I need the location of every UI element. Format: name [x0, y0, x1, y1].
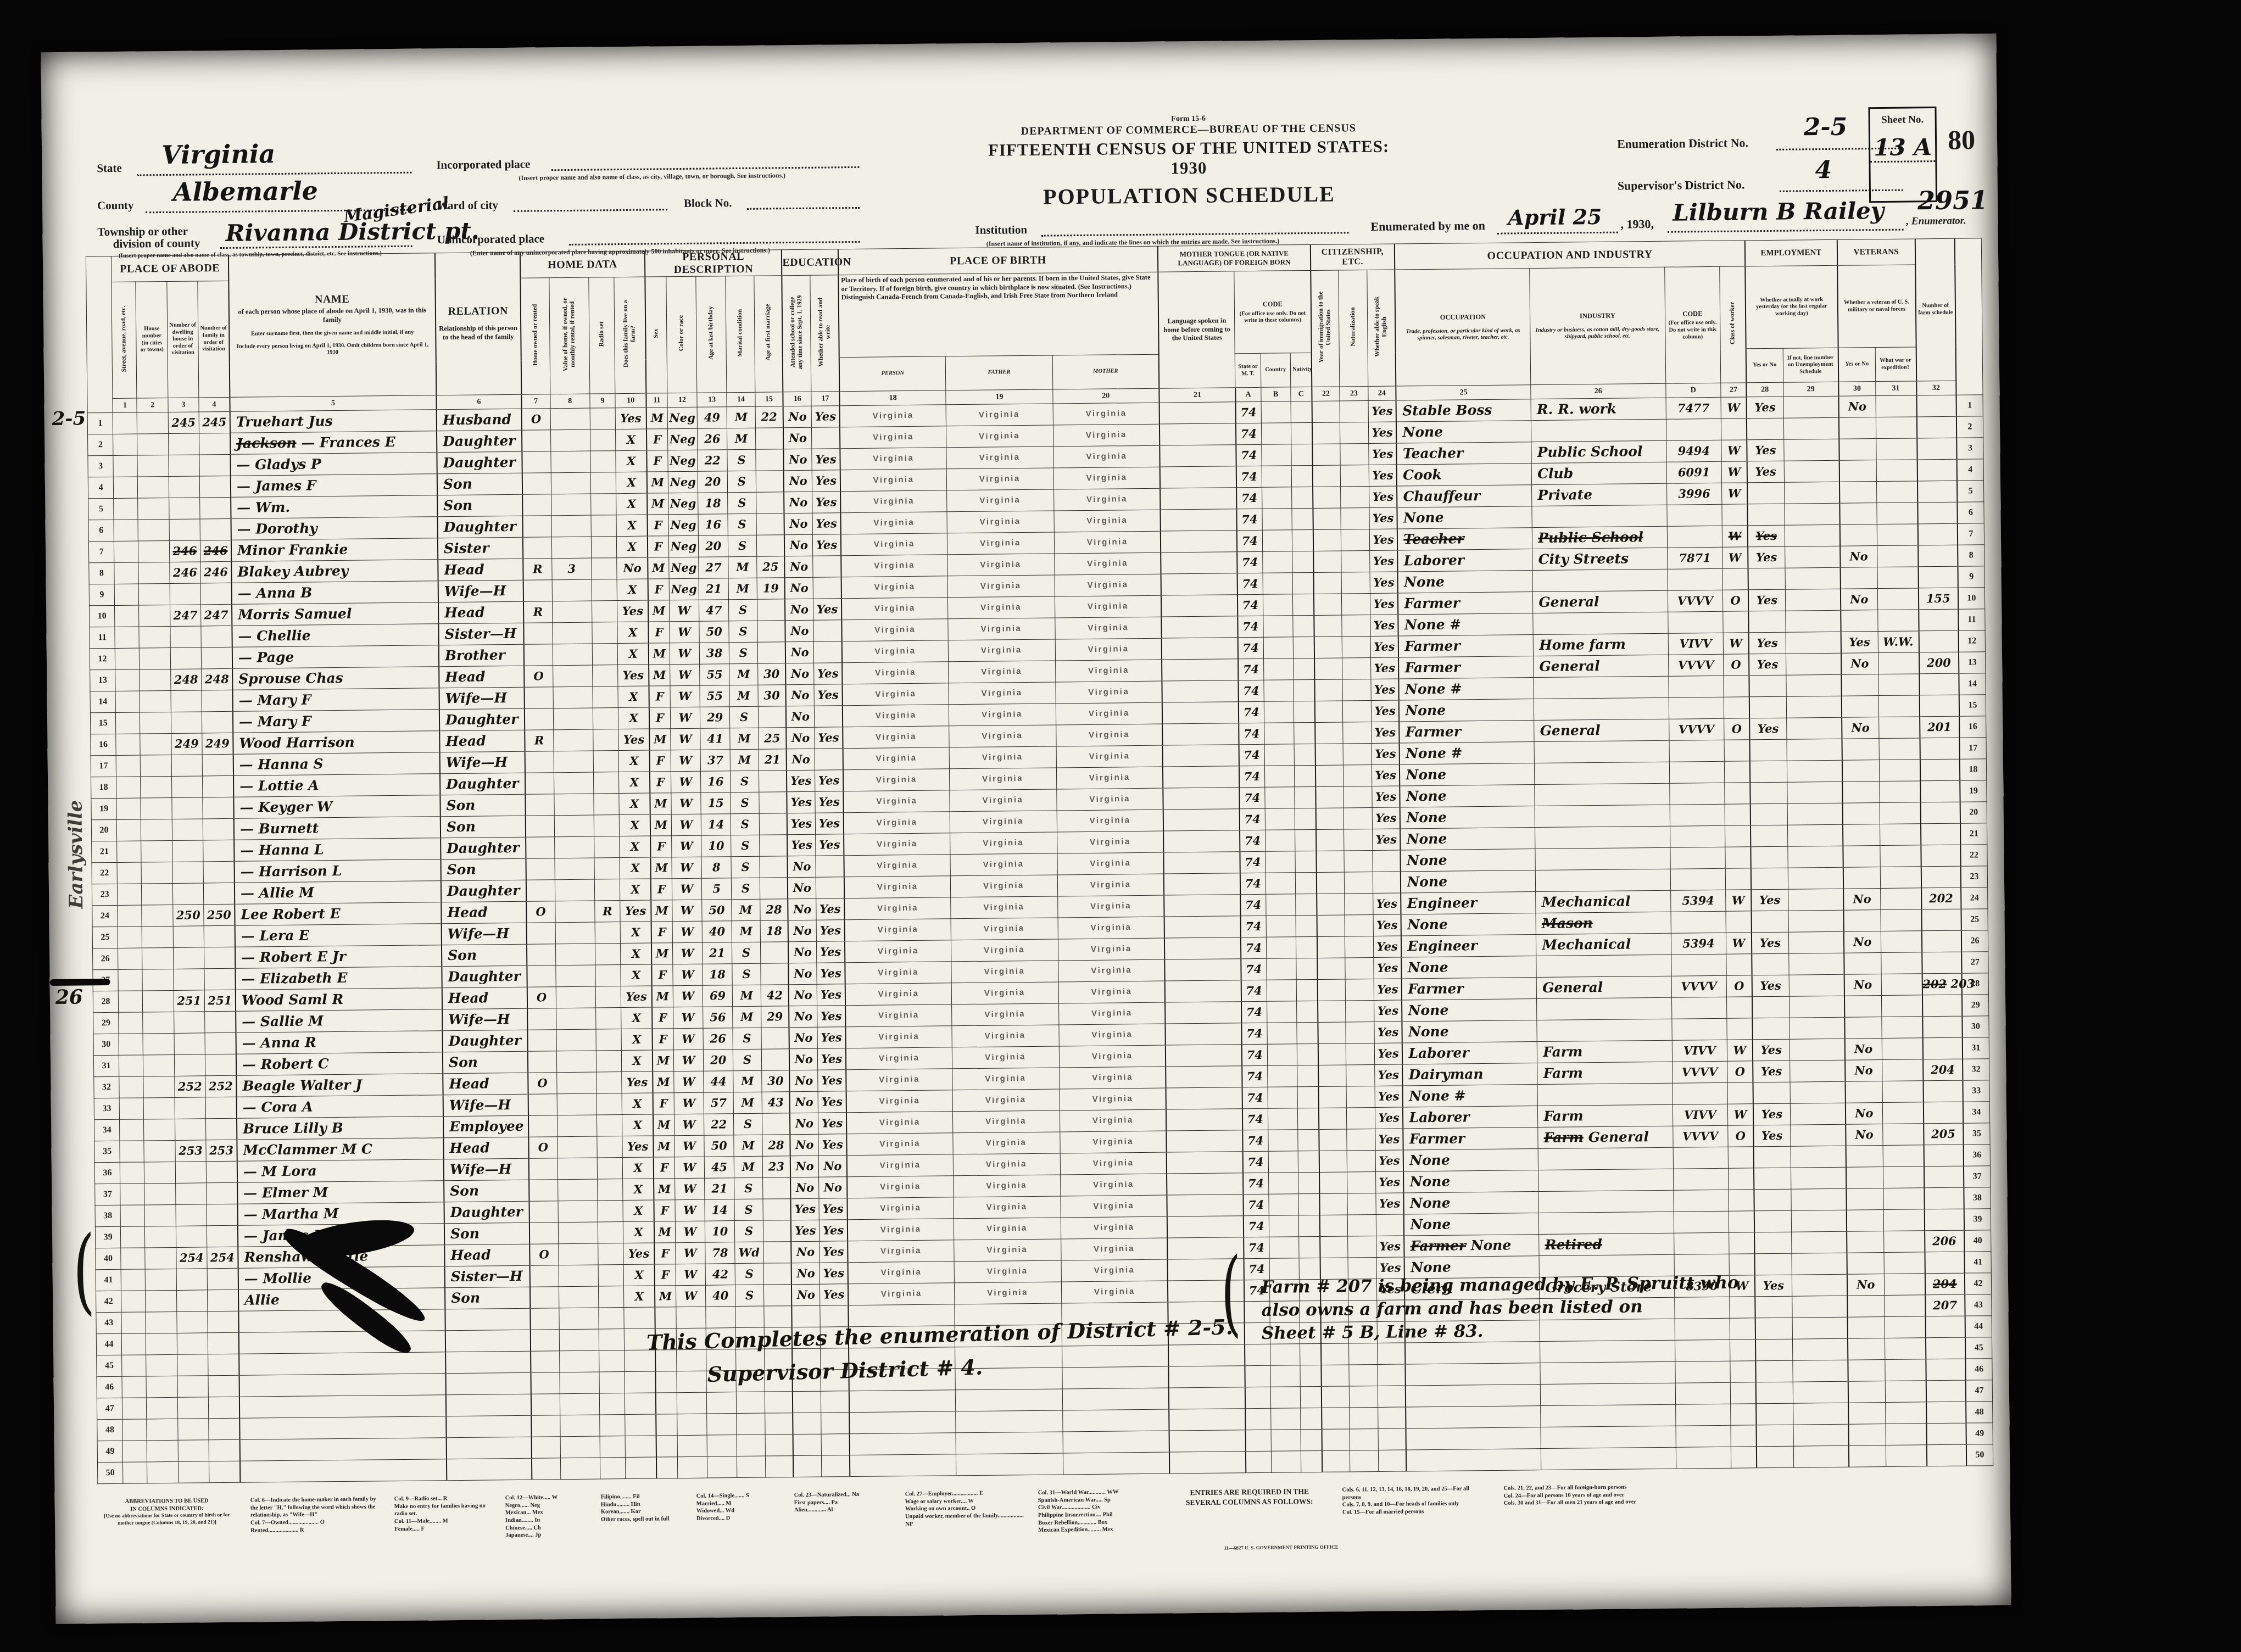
cell-nat [1349, 1343, 1378, 1364]
col-name-header: NAME of each person whose place of abode… [228, 253, 437, 398]
cell-sex: F [651, 922, 673, 943]
cell-dw [170, 626, 202, 648]
cell-cb [1266, 894, 1296, 916]
cell-farm: X [622, 1050, 653, 1072]
cell-rel [446, 1394, 531, 1416]
cell-house [143, 1033, 174, 1055]
legend-line: Married..... M [696, 1499, 780, 1508]
cell-val [555, 922, 595, 944]
cell-occ: None [1398, 571, 1533, 593]
cell-ca: 74 [1240, 894, 1266, 916]
cell-cb [1264, 701, 1294, 723]
col17-header: Whether able to read and write [817, 293, 832, 371]
cell-nat [1350, 1407, 1378, 1428]
cell-own: O [521, 409, 550, 431]
line-number-left: 23 [92, 884, 118, 905]
cell-vet [1848, 1338, 1885, 1360]
cell-fam [207, 1268, 238, 1290]
cell-fs [1923, 1080, 1963, 1102]
cell-ca: 74 [1244, 1215, 1269, 1237]
cell-occ: Laborer [1402, 1042, 1537, 1064]
cell-rw: Yes [819, 1220, 848, 1241]
cell-bf: Virginia [949, 661, 1055, 683]
cell-bm: Virginia [1058, 1024, 1165, 1046]
cell-agm [759, 835, 788, 856]
col16-header: Attended school or college any time sinc… [789, 293, 805, 371]
cell-ind [1533, 612, 1668, 634]
cell-ind: Mechanical [1536, 890, 1671, 913]
cell-eng: Yes [1370, 572, 1398, 593]
cell-name [239, 1331, 445, 1354]
legend-column: ENTRIES ARE REQUIRED IN THESEVERAL COLUM… [1171, 1487, 1328, 1508]
cell-unemp [1792, 1274, 1847, 1296]
cell-agm [762, 1113, 790, 1135]
cell-cb [1270, 1344, 1300, 1366]
cell-bf: Virginia [946, 447, 1053, 469]
cell-age: 27 [699, 557, 729, 579]
cell-cb [1263, 658, 1294, 680]
cell-house [138, 498, 169, 520]
cell-val [550, 408, 590, 430]
column-number: 12 [667, 393, 698, 408]
cell-war [1881, 974, 1922, 996]
cell-radio [600, 1458, 626, 1479]
cell-ca: 74 [1242, 1108, 1268, 1130]
line-number-left: 9 [89, 584, 115, 605]
cell-race: W [670, 728, 700, 750]
cell-fam [207, 1182, 238, 1204]
cell-fs [1921, 930, 1961, 952]
cell-ind: Mechanical [1536, 933, 1671, 956]
cell-fs [1918, 545, 1958, 567]
legend-line: Chinese..... Ch [505, 1523, 587, 1532]
col3-header: Number of dwelling house in order of vis… [167, 281, 199, 398]
cell-nat [1350, 1450, 1379, 1471]
cell-tongue [1160, 488, 1236, 510]
cell-work: Yes [1752, 975, 1789, 997]
cell-cls [1726, 911, 1752, 933]
cell-vet [1839, 482, 1877, 504]
cell-radio [591, 515, 617, 537]
legend-column: Col. 12—White..... WNegro...... NegMexic… [505, 1494, 587, 1539]
cell-race: Neg [669, 578, 699, 600]
cell-vet [1840, 524, 1877, 546]
cell-yim [1314, 637, 1342, 658]
cell-war [1885, 1359, 1926, 1381]
cell-name: — Allie M [235, 881, 441, 905]
cell-street [115, 605, 140, 627]
cell-unemp [1786, 674, 1842, 696]
cell-cc [1294, 765, 1315, 786]
cell-cls: W [1723, 633, 1749, 654]
cell-house [146, 1376, 177, 1398]
ed-label: Enumeration District No. [1617, 136, 1748, 151]
cell-war [1882, 1124, 1924, 1146]
cell-war [1877, 503, 1918, 524]
cell-cls [1729, 1168, 1754, 1190]
cell-radio [598, 1222, 623, 1243]
cell-tongue [1167, 1216, 1244, 1238]
cell-street [114, 498, 138, 520]
line-number-left: 8 [89, 562, 115, 584]
cell-val [558, 1158, 598, 1180]
cell-vet [1842, 760, 1880, 782]
cell-own [527, 944, 556, 966]
cell-bp: Virginia [840, 448, 946, 470]
cell-dw [175, 1119, 206, 1141]
cell-ind [1532, 569, 1668, 591]
cell-sex: F [650, 772, 671, 793]
cell-bp: Virginia [846, 1133, 953, 1156]
cell-radio [598, 1265, 624, 1286]
cell-mar: M [734, 1135, 762, 1156]
cell-nat [1341, 486, 1369, 507]
cell-nat [1345, 914, 1373, 936]
cell-rw: Yes [817, 1027, 846, 1048]
col7-header: Home owned or rented [531, 304, 539, 365]
cell-occ: None [1400, 806, 1535, 829]
cell-fs [1921, 845, 1961, 867]
cell-sch: Yes [787, 834, 816, 856]
cell-race: W [672, 921, 703, 943]
cell-dw: 246 [169, 540, 200, 562]
cell-race: W [675, 1221, 705, 1243]
cell-dw [175, 1162, 207, 1184]
cell-own [527, 965, 556, 987]
cell-dw [175, 1097, 206, 1119]
cell-work [1751, 911, 1788, 933]
cell-cls [1722, 504, 1748, 526]
cell-work [1755, 1339, 1793, 1361]
cell-occ: Engineer [1401, 935, 1536, 957]
cell-val [557, 1136, 597, 1158]
cell-fam: 246 [200, 561, 232, 583]
cell-cls: O [1728, 1125, 1754, 1147]
cell-val [552, 622, 592, 644]
cell-street [121, 1248, 146, 1269]
cell-unemp [1786, 632, 1841, 654]
cell-cc [1296, 958, 1318, 979]
cell-nat [1341, 465, 1369, 486]
cell-radio [596, 1051, 622, 1072]
column-number: 1 [113, 398, 137, 412]
cell-war [1882, 1102, 1924, 1124]
cell-own [524, 687, 553, 709]
cell-ca: 74 [1236, 466, 1262, 487]
line-number-right: 5 [1957, 481, 1984, 502]
cell-yim [1313, 487, 1341, 508]
cell-code [1675, 1361, 1730, 1383]
cell-race: W [671, 750, 701, 772]
cell-val [556, 1008, 596, 1030]
cell-cb [1268, 1173, 1298, 1195]
cell-bp: Virginia [840, 405, 946, 427]
cell-ca: 74 [1240, 873, 1266, 894]
cell-mar [737, 1413, 765, 1435]
cell-nat [1341, 507, 1369, 529]
cell-cc [1297, 1065, 1319, 1086]
cell-fam: 248 [202, 668, 233, 690]
cell-radio [591, 494, 617, 515]
cell-ind [1540, 1383, 1675, 1405]
cell-house [142, 905, 173, 927]
cell-sex: M [653, 1136, 674, 1157]
cell-agm [755, 428, 784, 449]
cell-tongue [1162, 702, 1239, 724]
cell-bm: Virginia [1053, 510, 1160, 532]
cell-bm: Virginia [1060, 1088, 1166, 1110]
employment-description: Whether actually at work yesterday (or t… [1745, 265, 1838, 349]
cell-name: — M Lora [237, 1159, 444, 1183]
cell-war [1877, 610, 1919, 632]
cell-fam: 250 [204, 904, 235, 926]
cell-own [526, 880, 555, 902]
cell-tongue [1164, 873, 1240, 895]
cell-age: 50 [704, 1135, 734, 1157]
cell-name: Truehart Jus [230, 410, 437, 433]
cell-race: W [673, 1050, 704, 1071]
cell-vet: No [1842, 717, 1879, 739]
cell-fam [199, 433, 231, 455]
cell-street [121, 1312, 146, 1333]
cell-yim [1317, 979, 1346, 1001]
cell-tongue [1166, 1130, 1242, 1152]
cell-vet: No [1846, 1103, 1883, 1125]
cell-cls [1731, 1447, 1757, 1468]
column-number: 24 [1368, 386, 1396, 400]
cell-rel: Head [443, 1073, 528, 1095]
cell-unemp [1793, 1445, 1849, 1467]
cell-vet: Yes [1841, 632, 1878, 654]
cell-code [1666, 418, 1721, 440]
cell-bp: Virginia [840, 469, 947, 492]
legend-line: Japanese.... Jp [505, 1531, 587, 1539]
cell-work [1753, 1146, 1791, 1168]
cell-agm [765, 1413, 793, 1435]
cell-rw: Yes [816, 920, 845, 941]
cell-cc [1298, 1193, 1320, 1215]
cell-ind [1537, 997, 1672, 1020]
cell-cc [1298, 1151, 1319, 1172]
legend-column: Cols. 6, 11, 12, 13, 14, 16, 18, 19, 20,… [1342, 1485, 1490, 1516]
cell-bp: Virginia [846, 1112, 953, 1134]
cell-rw: Yes [817, 941, 845, 963]
cell-vet [1841, 610, 1878, 632]
ink-blot-4 [50, 979, 110, 986]
cell-work: Yes [1749, 718, 1787, 740]
cell-cc [1294, 701, 1315, 722]
cell-val [558, 1179, 598, 1201]
cell-ind: City Streets [1532, 548, 1668, 570]
cell-ca: 74 [1237, 594, 1263, 616]
cell-fam: 251 [204, 990, 236, 1012]
cell-unemp [1790, 1039, 1845, 1061]
cell-fam [203, 818, 234, 840]
line-number-left: 37 [95, 1184, 121, 1205]
cell-ind [1535, 805, 1670, 827]
line-number-right: 39 [1964, 1209, 1991, 1230]
cell-dw [169, 455, 200, 477]
cell-code [1675, 1382, 1731, 1404]
cell-yim [1314, 701, 1343, 722]
cell-house [147, 1461, 179, 1483]
cell-fam [204, 925, 235, 947]
cell-fam [203, 861, 235, 883]
cell-agm [760, 878, 788, 899]
cell-unemp [1792, 1296, 1847, 1318]
column-number: 22 [1312, 387, 1340, 401]
line-number-right: 26 [1961, 930, 1988, 952]
cell-ind [1540, 1340, 1675, 1363]
cell-race: Neg [668, 535, 699, 557]
cell-vet [1844, 1017, 1882, 1039]
cell-dw [172, 862, 204, 884]
cell-tongue [1160, 466, 1236, 488]
line-number-right: 17 [1959, 738, 1986, 759]
cell-street [118, 969, 143, 991]
cell-sch: Yes [787, 770, 815, 791]
cell-dw [172, 797, 203, 819]
cell-sch: No [789, 963, 817, 984]
cell-nat [1343, 743, 1372, 764]
cell-nat [1340, 400, 1368, 422]
cell-sch: No [790, 1177, 819, 1198]
cell-yim [1317, 958, 1346, 979]
cell-work [1751, 825, 1788, 847]
cell-vet: No [1841, 589, 1878, 611]
cell-occ [1406, 1427, 1541, 1450]
cell-bf [956, 1410, 1062, 1433]
cell-fam [208, 1290, 239, 1311]
cell-agm [763, 1199, 791, 1220]
cell-house [141, 862, 172, 884]
cell-eng: Yes [1375, 1107, 1403, 1129]
cell-name: — Hanna L [234, 838, 441, 862]
cell-age: 14 [705, 1199, 735, 1221]
cell-age: 40 [705, 1285, 735, 1307]
cell-ca: 74 [1238, 680, 1264, 701]
cell-own [529, 1223, 559, 1244]
cell-agm: 30 [757, 663, 786, 685]
cell-eng: Yes [1372, 829, 1401, 850]
cell-radio [599, 1308, 625, 1329]
cell-bf: Virginia [952, 1068, 1059, 1090]
cell-name: Wood Saml R [236, 988, 442, 1012]
cell-eng: Yes [1370, 615, 1398, 636]
cell-val [556, 1051, 597, 1073]
legend-line: Divorced.... D [696, 1514, 780, 1522]
cell-age: 21 [699, 578, 729, 600]
cell-cls [1729, 1254, 1755, 1275]
cell-name [239, 1352, 445, 1376]
cell-war [1884, 1274, 1925, 1296]
enumeration-date: April 25 [1508, 204, 1602, 230]
line-number-left: 44 [96, 1333, 122, 1355]
cell-fam [205, 1054, 236, 1076]
cell-bp: Virginia [845, 983, 952, 1006]
cell-age: 69 [703, 985, 733, 1007]
cell-farm: X [619, 772, 650, 794]
cell-yim [1319, 1108, 1347, 1129]
cell-farm: X [617, 643, 649, 665]
cell-unemp [1787, 739, 1842, 761]
cell-farm [625, 1436, 656, 1458]
legend-line: Hindu......... Hin [601, 1500, 682, 1509]
cell-code [1675, 1318, 1730, 1340]
cell-unemp [1791, 1231, 1847, 1253]
cell-mar: S [733, 1028, 761, 1049]
line-number-right: 9 [1958, 566, 1984, 588]
cell-bm: Virginia [1054, 531, 1161, 554]
cell-rw: Yes [820, 1284, 849, 1305]
cell-fam [208, 1354, 239, 1376]
column-number: 17 [811, 392, 840, 406]
line-number-right: 13 [1959, 652, 1986, 673]
cell-own: O [528, 1137, 558, 1159]
cell-code [1674, 1232, 1729, 1254]
cell-unemp [1787, 824, 1843, 846]
cell-sch: No [784, 513, 813, 534]
state-value: Virginia [161, 139, 275, 170]
cell-farm: No [617, 557, 648, 579]
cell-radio [594, 858, 620, 879]
cell-occ: None [1402, 999, 1537, 1022]
cell-name: — Gladys P [230, 453, 437, 476]
cell-cc [1296, 979, 1318, 1001]
cell-bm: Virginia [1055, 660, 1162, 682]
cell-nat [1347, 1193, 1376, 1214]
cell-yim [1322, 1450, 1351, 1472]
cell-rw [820, 1305, 849, 1327]
cell-nat [1350, 1386, 1378, 1407]
cell-radio [596, 1029, 622, 1051]
cell-mar: S [728, 492, 756, 514]
cell-code: 9494 [1666, 440, 1721, 462]
cell-work: Yes [1747, 439, 1784, 461]
cell-mar: S [732, 963, 761, 985]
cell-rw [814, 706, 843, 727]
cell-rel [445, 1330, 531, 1352]
cell-nat [1347, 1150, 1376, 1171]
cell-val [553, 687, 593, 708]
cell-sex: M [654, 1221, 676, 1243]
cell-sex: M [651, 857, 672, 879]
cell-tongue [1162, 723, 1239, 745]
cell-sex: F [655, 1264, 676, 1286]
cell-vet: No [1846, 1124, 1883, 1146]
cell-house [139, 626, 170, 648]
cell-occ: None # [1399, 678, 1534, 700]
col-relation-header: RELATION Relationship of this person to … [435, 252, 521, 395]
cell-bm: Virginia [1057, 895, 1164, 918]
cell-own [523, 580, 552, 602]
cell-tongue [1169, 1387, 1245, 1409]
cell-sch: No [791, 1284, 820, 1305]
cell-ca: 74 [1242, 1087, 1268, 1108]
cell-war [1885, 1338, 1926, 1360]
cell-age: 20 [698, 471, 728, 493]
cell-rw [813, 620, 842, 641]
cell-rel: Wife—H [442, 1008, 527, 1030]
cell-rw: Yes [819, 1198, 848, 1220]
cell-sex: M [650, 814, 672, 836]
line-number-right: 44 [1965, 1316, 1992, 1337]
cell-ind [1540, 1319, 1675, 1341]
abbreviations-legend: ABBREVIATIONS TO BE USEDIN COLUMNS INDIC… [98, 1480, 1994, 1543]
cell-bm: Virginia [1053, 445, 1159, 468]
cell-sex: F [654, 1200, 676, 1221]
line-number-right: 6 [1957, 502, 1984, 523]
